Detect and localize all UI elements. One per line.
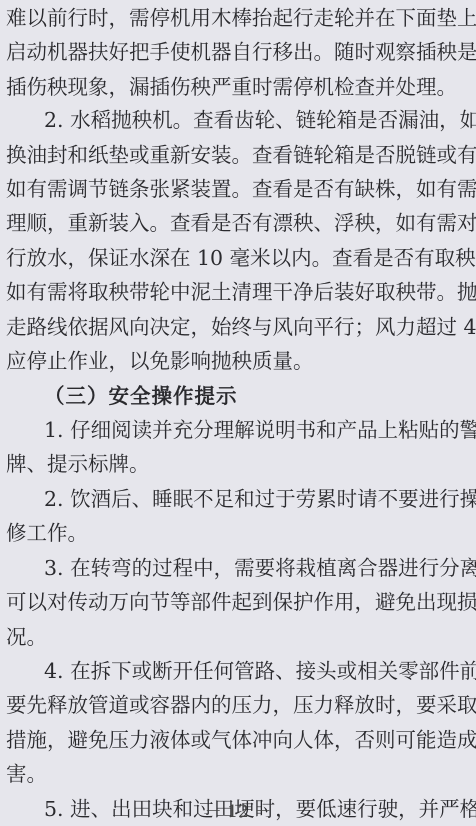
text-line: 换油封和纸垫或重新安装。查看链轮箱是否脱链或有杂音， — [6, 141, 472, 169]
text-line: 况。 — [6, 623, 472, 651]
text-line: 2. 饮酒后、睡眠不足和过于劳累时请不要进行操作、检 — [44, 485, 472, 513]
text-line: 启动机器扶好把手使机器自行移出。随时观察插秧是否有漏 — [6, 38, 472, 66]
text-line: 2. 水稻抛秧机。查看齿轮、链轮箱是否漏油，如有需更 — [44, 106, 472, 134]
section-heading: （三）安全操作提示 — [44, 382, 238, 410]
text-line: 行放水，保证水深在 10 毫米以内。查看是否有取秧带脱落， — [6, 244, 472, 272]
text-line: 如有需将取秧带轮中泥土清理干净后装好取秧带。抛秧机行 — [6, 278, 472, 306]
text-line: 如有需调节链条张紧装置。查看是否有缺株，如有需将秧苗 — [6, 175, 472, 203]
text-line: 4. 在拆下或断开任何管路、接头或相关零部件前，一定 — [44, 657, 472, 685]
text-line: 害。 — [6, 760, 472, 788]
text-line: 应停止作业，以免影响抛秧质量。 — [6, 347, 472, 375]
page-number: － 12 － — [0, 797, 476, 822]
text-line: 修工作。 — [6, 519, 472, 547]
text-line: 1. 仔细阅读并充分理解说明书和产品上粘贴的警示标 — [44, 416, 472, 444]
text-line: 理顺，重新装入。查看是否有漂秧、浮秧，如有需对田地进 — [6, 209, 472, 237]
text-line: 牌、提示标牌。 — [6, 450, 472, 478]
text-line: 要先释放管道或容器内的压力，压力释放时，要采取适当的 — [6, 691, 472, 719]
text-line: 插伤秧现象，漏插伤秧严重时需停机检查并处理。 — [6, 73, 472, 101]
text-line: 可以对传动万向节等部件起到保护作用，避免出现损坏的情 — [6, 588, 472, 616]
text-line: 措施，避免压力液体或气体冲向人体，否则可能造成人身伤 — [6, 726, 472, 754]
text-line: 走路线依据风向决定，始终与风向平行；风力超过 4 级时， — [6, 313, 472, 341]
document-page: 难以前行时，需停机用木棒抬起行走轮并在下面垫上木板，启动机器扶好把手使机器自行移… — [0, 0, 476, 826]
text-line: 3. 在转弯的过程中，需要将栽植离合器进行分离，这样 — [44, 554, 472, 582]
text-line: 难以前行时，需停机用木棒抬起行走轮并在下面垫上木板， — [6, 4, 472, 32]
